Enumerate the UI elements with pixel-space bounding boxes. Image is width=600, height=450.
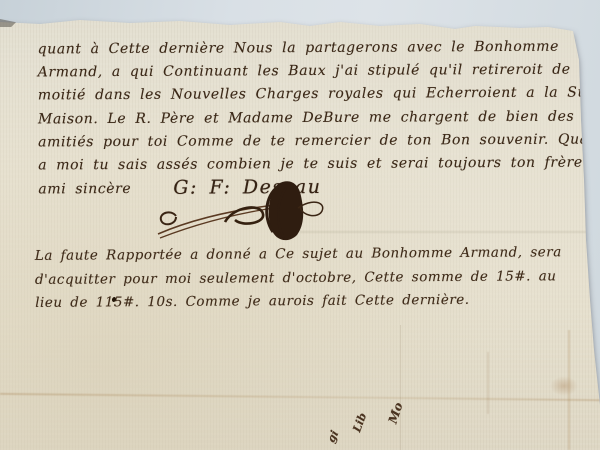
letter-sheet-wrap: quant à Cette dernière Nous la partagero…: [0, 0, 600, 450]
fold-crease-horizontal-faint: [300, 231, 600, 233]
letter-line: Maison. Le R. Père et Madame DeBure me c…: [38, 105, 578, 131]
fold-crease-vertical-faint: [487, 352, 489, 414]
letter-sheet: quant à Cette dernière Nous la partagero…: [0, 0, 600, 450]
verso-text-fragment: Lib: [350, 411, 369, 434]
letter-line: moitié dans les Nouvelles Charges royale…: [38, 82, 578, 108]
postscript-line: lieu de 115#. 10s. Comme je aurois fait …: [35, 288, 580, 315]
postscript-block: La faute Rapportée a donné a Ce sujet au…: [35, 241, 580, 315]
paper-stain: [550, 376, 578, 396]
letter-line: quant à Cette dernière Nous la partagero…: [38, 36, 578, 62]
letter-line: a moi tu sais assés combien je te suis e…: [38, 152, 578, 178]
letter-line: amitiés pour toi Comme de te remercier d…: [38, 128, 578, 154]
paper-chain-line: [400, 325, 401, 450]
verso-text-fragment: gi: [324, 428, 341, 444]
postscript-line: La faute Rapportée a donné a Ce sujet au…: [35, 241, 580, 268]
letter-line: Armand, a qui Continuant les Baux j'ai s…: [38, 59, 578, 85]
verso-text-fragment: Mo: [386, 401, 406, 426]
fold-crease-vertical: [568, 330, 570, 450]
photo-backdrop: quant à Cette dernière Nous la partagero…: [0, 0, 600, 450]
fold-crease-horizontal: [0, 393, 600, 401]
postscript-line: d'acquitter pour moi seulement d'octobre…: [35, 265, 580, 292]
letter-closing: ami sincère: [38, 177, 131, 201]
